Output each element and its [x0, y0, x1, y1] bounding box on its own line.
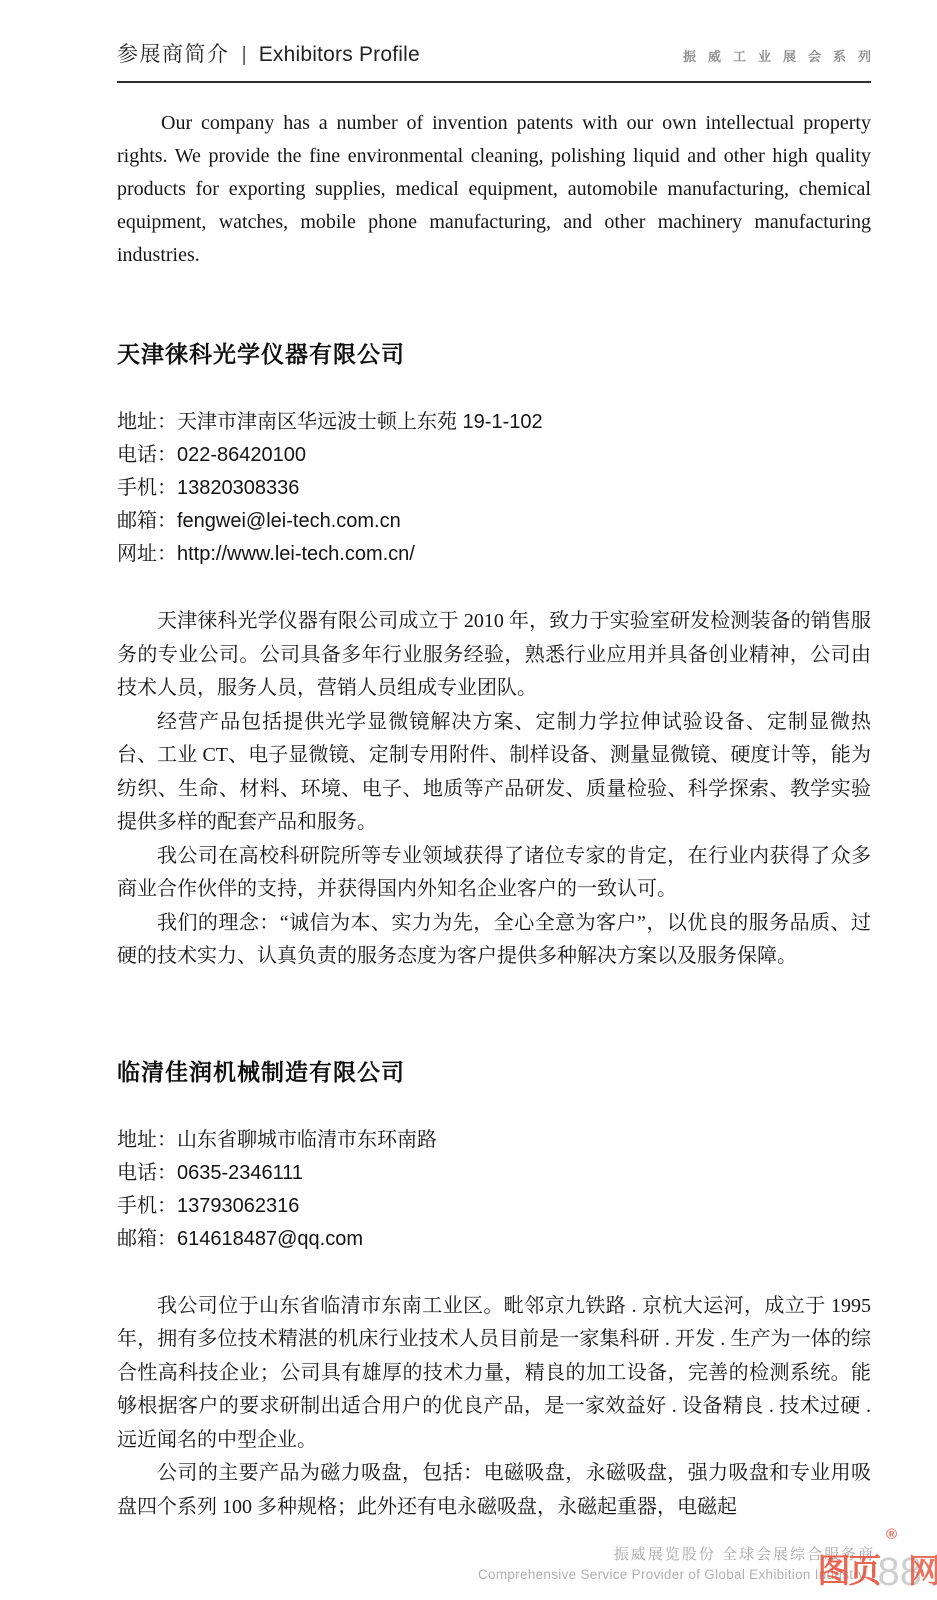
- contact-label: 地址：: [117, 411, 177, 433]
- description-paragraph: 公司的主要产品为磁力吸盘，包括：电磁吸盘，永磁吸盘，强力吸盘和专业用吸盘四个系列…: [117, 1457, 871, 1524]
- contact-line-phone: 电话：022-86420100: [117, 439, 871, 472]
- company-name: 天津徕科光学仪器有限公司: [117, 336, 871, 369]
- watermark-text-right: 网: [908, 1545, 937, 1592]
- contact-label: 手机：: [117, 1195, 177, 1217]
- contact-line-website: 网址：http://www.lei-tech.com.cn/: [117, 538, 871, 571]
- header-separator: |: [242, 44, 247, 67]
- contact-value: 13793062316: [177, 1195, 299, 1217]
- company-description: 天津徕科光学仪器有限公司成立于 2010 年，致力于实验室研发检测装备的销售服务…: [117, 605, 871, 974]
- contact-line-address: 地址：天津市津南区华远波士顿上东苑 19-1-102: [117, 406, 871, 439]
- footer-publisher-en: Comprehensive Service Provider of Global…: [0, 1567, 875, 1582]
- contact-line-email: 邮箱：614618487@qq.com: [117, 1223, 871, 1256]
- contact-line-email: 邮箱：fengwei@lei-tech.com.cn: [117, 505, 871, 538]
- company-description: 我公司位于山东省临清市东南工业区。毗邻京九铁路 . 京杭大运河，成立于 1995…: [117, 1290, 871, 1525]
- header-title-en: Exhibitors Profile: [259, 43, 420, 67]
- footer-divider: |: [871, 1567, 875, 1582]
- contact-value: fengwei@lei-tech.com.cn: [177, 510, 401, 532]
- page-content: 参展商简介 | Exhibitors Profile 振威工业展会系列 Our …: [117, 0, 871, 1524]
- header-title-zh: 参展商简介: [117, 38, 230, 68]
- contact-label: 电话：: [117, 444, 177, 466]
- description-paragraph: 经营产品包括提供光学显微镜解决方案、定制力学拉伸试验设备、定制显微热台、工业 C…: [117, 706, 871, 840]
- description-paragraph: 我公司位于山东省临清市东南工业区。毗邻京九铁路 . 京杭大运河，成立于 1995…: [117, 1290, 871, 1458]
- footer-publisher-zh: 振威展览股份 全球会展综合服务商: [0, 1543, 875, 1564]
- contact-value: 13820308336: [177, 477, 299, 499]
- contact-line-mobile: 手机：13793062316: [117, 1190, 871, 1223]
- contact-line-mobile: 手机：13820308336: [117, 472, 871, 505]
- contact-label: 邮箱：: [117, 510, 177, 532]
- contact-block: 地址：天津市津南区华远波士顿上东苑 19-1-102 电话：022-864201…: [117, 406, 871, 571]
- contact-label: 网址：: [117, 543, 177, 565]
- description-paragraph: 我公司在高校科研院所等专业领域获得了诸位专家的肯定，在行业内获得了众多商业合作伙…: [117, 840, 871, 907]
- description-paragraph: 天津徕科光学仪器有限公司成立于 2010 年，致力于实验室研发检测装备的销售服务…: [117, 605, 871, 706]
- contact-value: 0635-2346111: [177, 1162, 303, 1184]
- contact-value: 山东省聊城市临清市东环南路: [177, 1129, 437, 1151]
- contact-value: 天津市津南区华远波士顿上东苑 19-1-102: [177, 411, 543, 433]
- contact-label: 手机：: [117, 477, 177, 499]
- header-title-group: 参展商简介 | Exhibitors Profile: [117, 38, 420, 68]
- page-header: 参展商简介 | Exhibitors Profile 振威工业展会系列: [117, 0, 871, 83]
- contact-block: 地址：山东省聊城市临清市东环南路 电话：0635-2346111 手机：1379…: [117, 1124, 871, 1256]
- header-series-label: 振威工业展会系列: [683, 46, 883, 68]
- company-section-linqing-jiarun: 临清佳润机械制造有限公司 地址：山东省聊城市临清市东环南路 电话：0635-23…: [117, 1054, 871, 1525]
- contact-value: 022-86420100: [177, 444, 306, 466]
- registered-trademark-icon: ®: [886, 1526, 897, 1543]
- intro-paragraph-en: Our company has a number of invention pa…: [117, 107, 871, 272]
- company-name: 临清佳润机械制造有限公司: [117, 1054, 871, 1087]
- contact-line-phone: 电话：0635-2346111: [117, 1157, 871, 1190]
- contact-label: 地址：: [117, 1129, 177, 1151]
- contact-label: 电话：: [117, 1162, 177, 1184]
- company-section-tianjin-leike: 天津徕科光学仪器有限公司 地址：天津市津南区华远波士顿上东苑 19-1-102 …: [117, 336, 871, 974]
- contact-line-address: 地址：山东省聊城市临清市东环南路: [117, 1124, 871, 1157]
- contact-value: 614618487@qq.com: [177, 1228, 363, 1250]
- page-footer: 振威展览股份 全球会展综合服务商 Comprehensive Service P…: [0, 1543, 875, 1582]
- description-paragraph: 我们的理念：“诚信为本、实力为先，全心全意为客户”，以优良的服务品质、过硬的技术…: [117, 907, 871, 974]
- contact-value: http://www.lei-tech.com.cn/: [177, 543, 415, 565]
- footer-en-text: Comprehensive Service Provider of Global…: [478, 1567, 865, 1582]
- page-number: 88: [878, 1552, 923, 1592]
- catalog-page: 参展商简介 | Exhibitors Profile 振威工业展会系列 Our …: [0, 0, 937, 1600]
- contact-label: 邮箱：: [117, 1228, 177, 1250]
